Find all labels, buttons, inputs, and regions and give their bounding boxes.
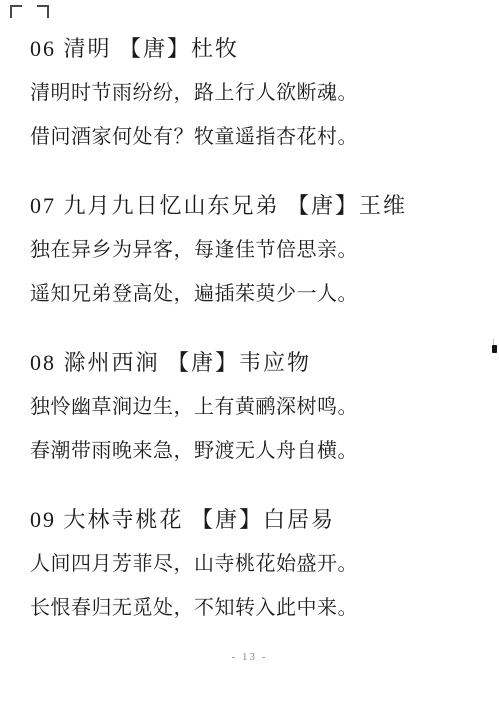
poem-verse-line: 春潮带雨晚来急，野渡无人舟自横。 [30, 429, 479, 473]
edge-dot-mark-icon [492, 345, 497, 353]
poem-verse-line: 长恨春归无觅处，不知转入此中来。 [30, 586, 479, 630]
poem-title: 08 滁州西涧 【唐】韦应物 [30, 341, 479, 385]
poems-content: 06 清明 【唐】杜牧 清明时节雨纷纷，路上行人欲断魂。 借问酒家何处有？牧童遥… [30, 27, 479, 655]
poem-block-07: 07 九月九日忆山东兄弟 【唐】王维 独在异乡为异客，每逢佳节倍思亲。 遥知兄弟… [30, 184, 479, 316]
poem-title: 06 清明 【唐】杜牧 [30, 27, 479, 71]
poem-title: 07 九月九日忆山东兄弟 【唐】王维 [30, 184, 479, 228]
page-number: - 13 - [0, 651, 499, 663]
poem-verse-line: 清明时节雨纷纷，路上行人欲断魂。 [30, 71, 479, 115]
document-page: 06 清明 【唐】杜牧 清明时节雨纷纷，路上行人欲断魂。 借问酒家何处有？牧童遥… [0, 0, 499, 706]
corner-stroke-mark-icon [10, 5, 22, 18]
poem-block-06: 06 清明 【唐】杜牧 清明时节雨纷纷，路上行人欲断魂。 借问酒家何处有？牧童遥… [30, 27, 479, 159]
poem-verse-line: 人间四月芳菲尽，山寺桃花始盛开。 [30, 542, 479, 586]
poem-verse-line: 遥知兄弟登高处，遍插茱萸少一人。 [30, 272, 479, 316]
poem-verse-line: 独怜幽草涧边生，上有黄鹂深树鸣。 [30, 385, 479, 429]
poem-verse-line: 借问酒家何处有？牧童遥指杏花村。 [30, 115, 479, 159]
poem-verse-line: 独在异乡为异客，每逢佳节倍思亲。 [30, 228, 479, 272]
corner-stroke-mark-icon [37, 5, 49, 18]
poem-block-08: 08 滁州西涧 【唐】韦应物 独怜幽草涧边生，上有黄鹂深树鸣。 春潮带雨晚来急，… [30, 341, 479, 473]
poem-block-09: 09 大林寺桃花 【唐】白居易 人间四月芳菲尽，山寺桃花始盛开。 长恨春归无觅处… [30, 498, 479, 630]
poem-title: 09 大林寺桃花 【唐】白居易 [30, 498, 479, 542]
